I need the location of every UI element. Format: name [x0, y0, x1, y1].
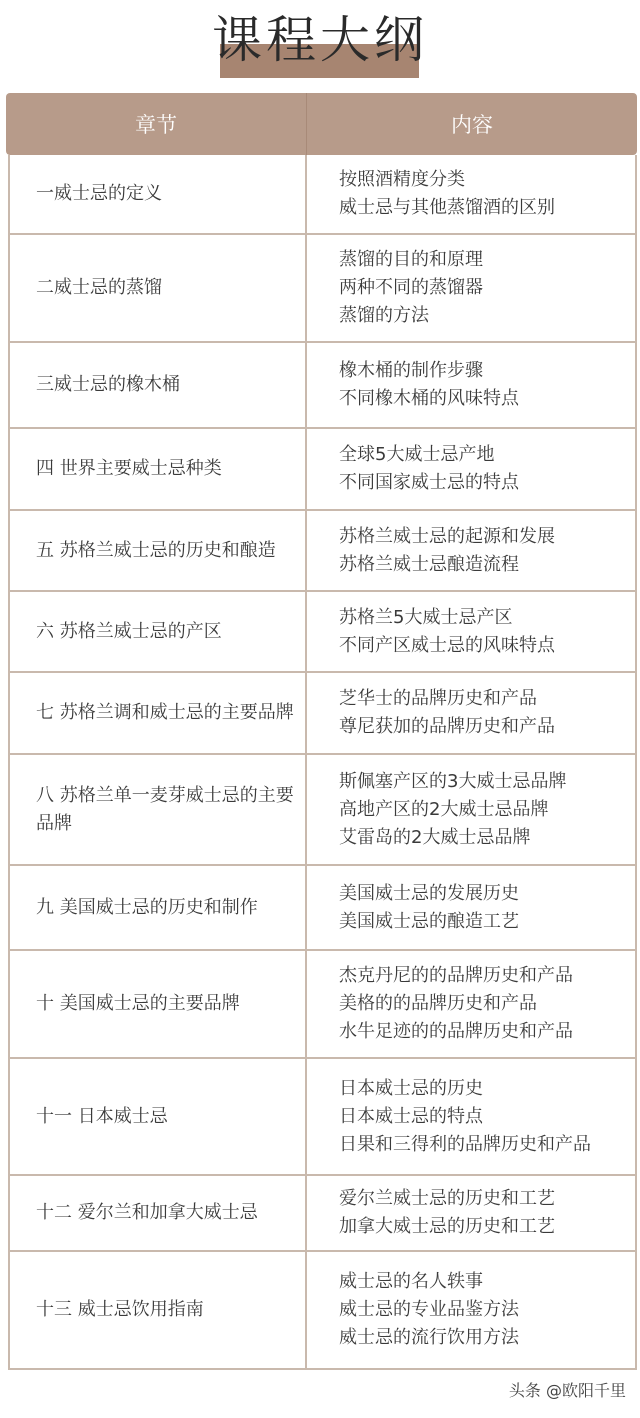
content-line: 蒸馏的方法: [339, 302, 429, 330]
table-row: 八 苏格兰单一麦芽威士忌的主要品牌斯佩塞产区的3大威士忌品牌高地产区的2大威士忌…: [10, 753, 635, 864]
chapter-title: 九 美国威士忌的历史和制作: [36, 894, 258, 922]
content-line: 美格的的品牌历史和产品: [339, 990, 537, 1018]
chapter-cell: 十二 爱尔兰和加拿大威士忌: [10, 1176, 307, 1250]
column-header-content: 内容: [307, 93, 637, 155]
table-body: 一威士忌的定义按照酒精度分类威士忌与其他蒸馏酒的区别二威士忌的蒸馏蒸馏的目的和原…: [8, 155, 637, 1370]
chapter-title: 五 苏格兰威士忌的历史和酿造: [36, 537, 276, 565]
chapter-cell: 二威士忌的蒸馏: [10, 235, 307, 341]
content-cell: 杰克丹尼的的品牌历史和产品美格的的品牌历史和产品水牛足迹的的品牌历史和产品: [307, 951, 635, 1057]
chapter-title: 十三 威士忌饮用指南: [36, 1296, 204, 1324]
watermark: 头条 @欧阳千里: [509, 1378, 626, 1401]
content-line: 全球5大威士忌产地: [339, 441, 494, 469]
table-header: 章节 内容: [6, 93, 637, 155]
content-line: 尊尼获加的品牌历史和产品: [339, 713, 555, 741]
content-line: 水牛足迹的的品牌历史和产品: [339, 1018, 573, 1046]
table-row: 三威士忌的橡木桶橡木桶的制作步骤不同橡木桶的风味特点: [10, 341, 635, 427]
chapter-title: 八 苏格兰单一麦芽威士忌的主要品牌: [36, 782, 298, 838]
chapter-title: 十二 爱尔兰和加拿大威士忌: [36, 1199, 258, 1227]
chapter-cell: 七 苏格兰调和威士忌的主要品牌: [10, 673, 307, 753]
content-line: 不同产区威士忌的风味特点: [339, 632, 555, 660]
chapter-title: 六 苏格兰威士忌的产区: [36, 618, 222, 646]
table-row: 九 美国威士忌的历史和制作美国威士忌的发展历史美国威士忌的酿造工艺: [10, 864, 635, 949]
content-line: 两种不同的蒸馏器: [339, 274, 483, 302]
content-line: 爱尔兰威士忌的历史和工艺: [339, 1185, 555, 1213]
content-line: 威士忌的流行饮用方法: [339, 1324, 519, 1352]
table-row: 十 美国威士忌的主要品牌杰克丹尼的的品牌历史和产品美格的的品牌历史和产品水牛足迹…: [10, 949, 635, 1057]
content-line: 日果和三得利的品牌历史和产品: [339, 1131, 591, 1159]
chapter-title: 三威士忌的橡木桶: [36, 371, 180, 399]
content-line: 蒸馏的目的和原理: [339, 246, 483, 274]
content-cell: 斯佩塞产区的3大威士忌品牌高地产区的2大威士忌品牌艾雷岛的2大威士忌品牌: [307, 755, 635, 864]
chapter-title: 十一 日本威士忌: [36, 1103, 168, 1131]
content-cell: 橡木桶的制作步骤不同橡木桶的风味特点: [307, 343, 635, 427]
content-line: 苏格兰威士忌的起源和发展: [339, 523, 555, 551]
table-row: 十三 威士忌饮用指南威士忌的名人轶事威士忌的专业品鉴方法威士忌的流行饮用方法: [10, 1250, 635, 1368]
table-row: 四 世界主要威士忌种类全球5大威士忌产地不同国家威士忌的特点: [10, 427, 635, 509]
content-line: 按照酒精度分类: [339, 166, 465, 194]
content-line: 日本威士忌的特点: [339, 1103, 483, 1131]
chapter-cell: 十一 日本威士忌: [10, 1059, 307, 1174]
content-line: 威士忌的名人轶事: [339, 1268, 483, 1296]
chapter-cell: 四 世界主要威士忌种类: [10, 429, 307, 509]
content-line: 日本威士忌的历史: [339, 1075, 483, 1103]
content-cell: 威士忌的名人轶事威士忌的专业品鉴方法威士忌的流行饮用方法: [307, 1252, 635, 1368]
content-cell: 芝华士的品牌历史和产品尊尼获加的品牌历史和产品: [307, 673, 635, 753]
content-line: 美国威士忌的发展历史: [339, 880, 519, 908]
chapter-cell: 六 苏格兰威士忌的产区: [10, 592, 307, 671]
content-line: 威士忌与其他蒸馏酒的区别: [339, 194, 555, 222]
table-row: 七 苏格兰调和威士忌的主要品牌芝华士的品牌历史和产品尊尼获加的品牌历史和产品: [10, 671, 635, 753]
chapter-title: 四 世界主要威士忌种类: [36, 455, 222, 483]
content-line: 杰克丹尼的的品牌历史和产品: [339, 962, 573, 990]
table-row: 十二 爱尔兰和加拿大威士忌爱尔兰威士忌的历史和工艺加拿大威士忌的历史和工艺: [10, 1174, 635, 1250]
content-cell: 按照酒精度分类威士忌与其他蒸馏酒的区别: [307, 155, 635, 233]
column-header-chapter: 章节: [6, 93, 307, 155]
content-line: 橡木桶的制作步骤: [339, 357, 483, 385]
table-row: 五 苏格兰威士忌的历史和酿造苏格兰威士忌的起源和发展苏格兰威士忌酿造流程: [10, 509, 635, 590]
chapter-cell: 三威士忌的橡木桶: [10, 343, 307, 427]
chapter-title: 一威士忌的定义: [36, 180, 162, 208]
content-line: 艾雷岛的2大威士忌品牌: [339, 824, 530, 852]
content-line: 美国威士忌的酿造工艺: [339, 908, 519, 936]
content-cell: 蒸馏的目的和原理两种不同的蒸馏器蒸馏的方法: [307, 235, 635, 341]
content-line: 加拿大威士忌的历史和工艺: [339, 1213, 555, 1241]
content-cell: 日本威士忌的历史日本威士忌的特点日果和三得利的品牌历史和产品: [307, 1059, 635, 1174]
content-line: 不同国家威士忌的特点: [339, 469, 519, 497]
content-cell: 苏格兰5大威士忌产区不同产区威士忌的风味特点: [307, 592, 635, 671]
table-row: 二威士忌的蒸馏蒸馏的目的和原理两种不同的蒸馏器蒸馏的方法: [10, 233, 635, 341]
course-outline-table: 章节 内容 一威士忌的定义按照酒精度分类威士忌与其他蒸馏酒的区别二威士忌的蒸馏蒸…: [6, 93, 637, 1370]
chapter-title: 十 美国威士忌的主要品牌: [36, 990, 240, 1018]
chapter-cell: 九 美国威士忌的历史和制作: [10, 866, 307, 949]
content-line: 高地产区的2大威士忌品牌: [339, 796, 548, 824]
content-line: 苏格兰5大威士忌产区: [339, 604, 512, 632]
table-row: 六 苏格兰威士忌的产区苏格兰5大威士忌产区不同产区威士忌的风味特点: [10, 590, 635, 671]
content-line: 芝华士的品牌历史和产品: [339, 685, 537, 713]
table-row: 一威士忌的定义按照酒精度分类威士忌与其他蒸馏酒的区别: [10, 155, 635, 233]
title-area: 课程大纲: [0, 0, 640, 90]
table-row: 十一 日本威士忌日本威士忌的历史日本威士忌的特点日果和三得利的品牌历史和产品: [10, 1057, 635, 1174]
content-line: 苏格兰威士忌酿造流程: [339, 551, 519, 579]
chapter-cell: 十 美国威士忌的主要品牌: [10, 951, 307, 1057]
chapter-cell: 十三 威士忌饮用指南: [10, 1252, 307, 1368]
chapter-cell: 八 苏格兰单一麦芽威士忌的主要品牌: [10, 755, 307, 864]
content-cell: 苏格兰威士忌的起源和发展苏格兰威士忌酿造流程: [307, 511, 635, 590]
content-line: 斯佩塞产区的3大威士忌品牌: [339, 768, 566, 796]
chapter-cell: 一威士忌的定义: [10, 155, 307, 233]
content-line: 不同橡木桶的风味特点: [339, 385, 519, 413]
content-cell: 爱尔兰威士忌的历史和工艺加拿大威士忌的历史和工艺: [307, 1176, 635, 1250]
chapter-title: 二威士忌的蒸馏: [36, 274, 162, 302]
content-cell: 全球5大威士忌产地不同国家威士忌的特点: [307, 429, 635, 509]
page-title: 课程大纲: [0, 10, 640, 70]
chapter-title: 七 苏格兰调和威士忌的主要品牌: [36, 699, 294, 727]
content-line: 威士忌的专业品鉴方法: [339, 1296, 519, 1324]
content-cell: 美国威士忌的发展历史美国威士忌的酿造工艺: [307, 866, 635, 949]
chapter-cell: 五 苏格兰威士忌的历史和酿造: [10, 511, 307, 590]
